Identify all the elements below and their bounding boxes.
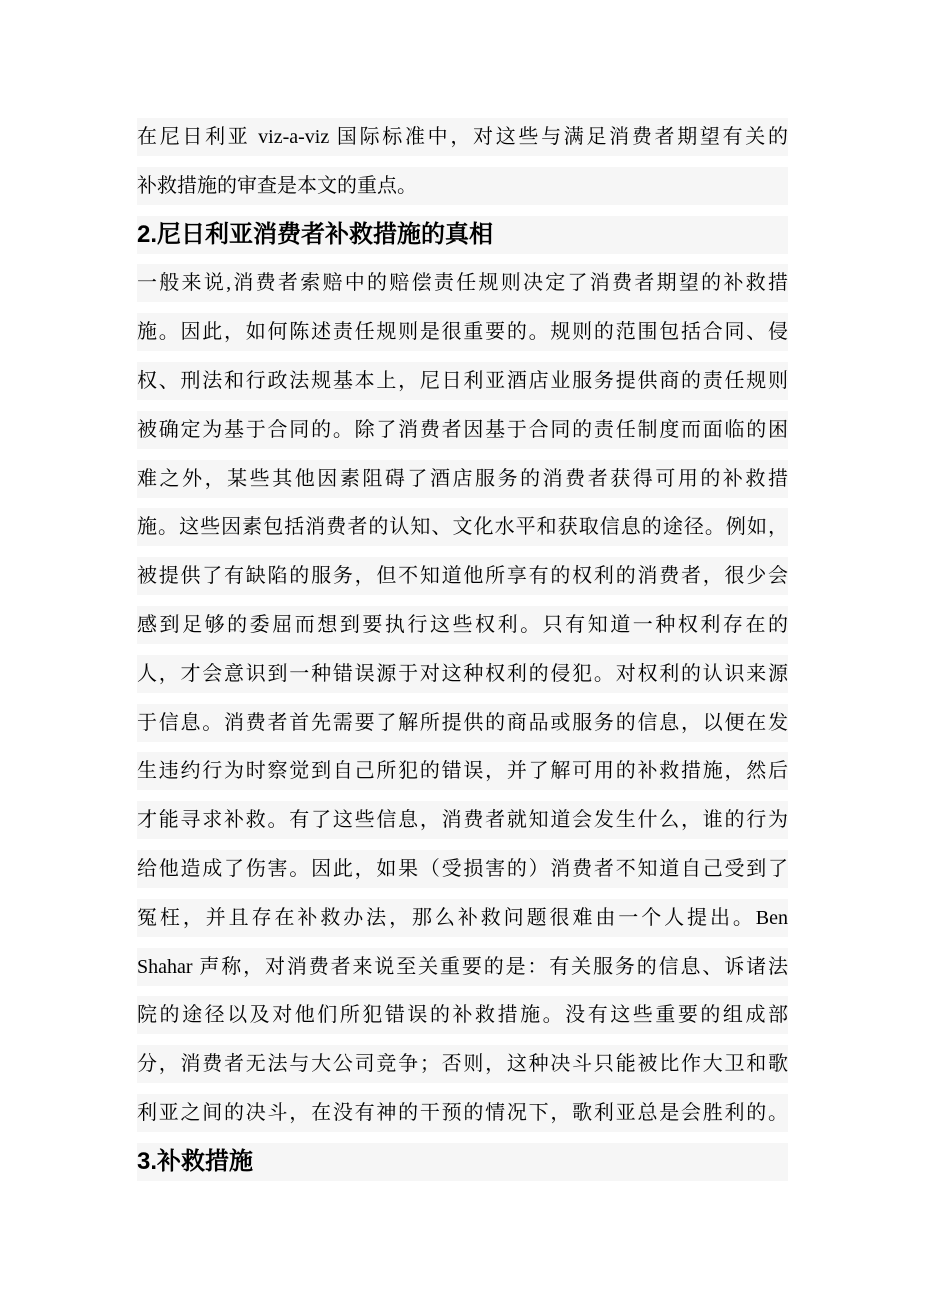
text-line: 施。这些因素包括消费者的认知、文化水平和获取信息的途径。例如， xyxy=(137,508,788,546)
text-line: 冤枉，并且存在补救办法，那么补救问题很难由一个人提出。Ben xyxy=(137,899,788,937)
text-line: 生违约行为时察觉到自己所犯的错误，并了解可用的补救措施，然后 xyxy=(137,752,788,790)
text-line: 给他造成了伤害。因此，如果（受损害的）消费者不知道自己受到了 xyxy=(137,850,788,888)
text-line: 补救措施的审查是本文的重点。 xyxy=(137,167,788,205)
text-line: 被确定为基于合同的。除了消费者因基于合同的责任制度而面临的困 xyxy=(137,411,788,449)
text-line: 分，消费者无法与大公司竞争；否则，这种决斗只能被比作大卫和歌 xyxy=(137,1045,788,1083)
text-line: 被提供了有缺陷的服务，但不知道他所享有的权利的消费者，很少会 xyxy=(137,557,788,595)
text-line: 难之外，某些其他因素阻碍了酒店服务的消费者获得可用的补救措 xyxy=(137,460,788,498)
text-line: 利亚之间的决斗，在没有神的干预的情况下，歌利亚总是会胜利的。 xyxy=(137,1094,788,1132)
document-body: 在尼日利亚 viz-a-viz 国际标准中，对这些与满足消费者期望有关的补救措施… xyxy=(137,118,788,1192)
text-line: 一般来说,消费者索赔中的赔偿责任规则决定了消费者期望的补救措 xyxy=(137,264,788,302)
text-line: 于信息。消费者首先需要了解所提供的商品或服务的信息，以便在发 xyxy=(137,704,788,742)
heading-line: 3.补救措施 xyxy=(137,1143,788,1181)
text-line: 权、刑法和行政法规基本上，尼日利亚酒店业服务提供商的责任规则 xyxy=(137,362,788,400)
text-line: Shahar 声称，对消费者来说至关重要的是：有关服务的信息、诉诸法 xyxy=(137,948,788,986)
document-page: 在尼日利亚 viz-a-viz 国际标准中，对这些与满足消费者期望有关的补救措施… xyxy=(0,0,926,1309)
text-line: 院的途径以及对他们所犯错误的补救措施。没有这些重要的组成部 xyxy=(137,996,788,1034)
text-line: 才能寻求补救。有了这些信息，消费者就知道会发生什么，谁的行为 xyxy=(137,801,788,839)
text-line: 在尼日利亚 viz-a-viz 国际标准中，对这些与满足消费者期望有关的 xyxy=(137,118,788,156)
text-line: 感到足够的委屈而想到要执行这些权利。只有知道一种权利存在的 xyxy=(137,606,788,644)
heading-line: 2.尼日利亚消费者补救措施的真相 xyxy=(137,216,788,254)
text-line: 施。因此，如何陈述责任规则是很重要的。规则的范围包括合同、侵 xyxy=(137,313,788,351)
text-line: 人，才会意识到一种错误源于对这种权利的侵犯。对权利的认识来源 xyxy=(137,655,788,693)
